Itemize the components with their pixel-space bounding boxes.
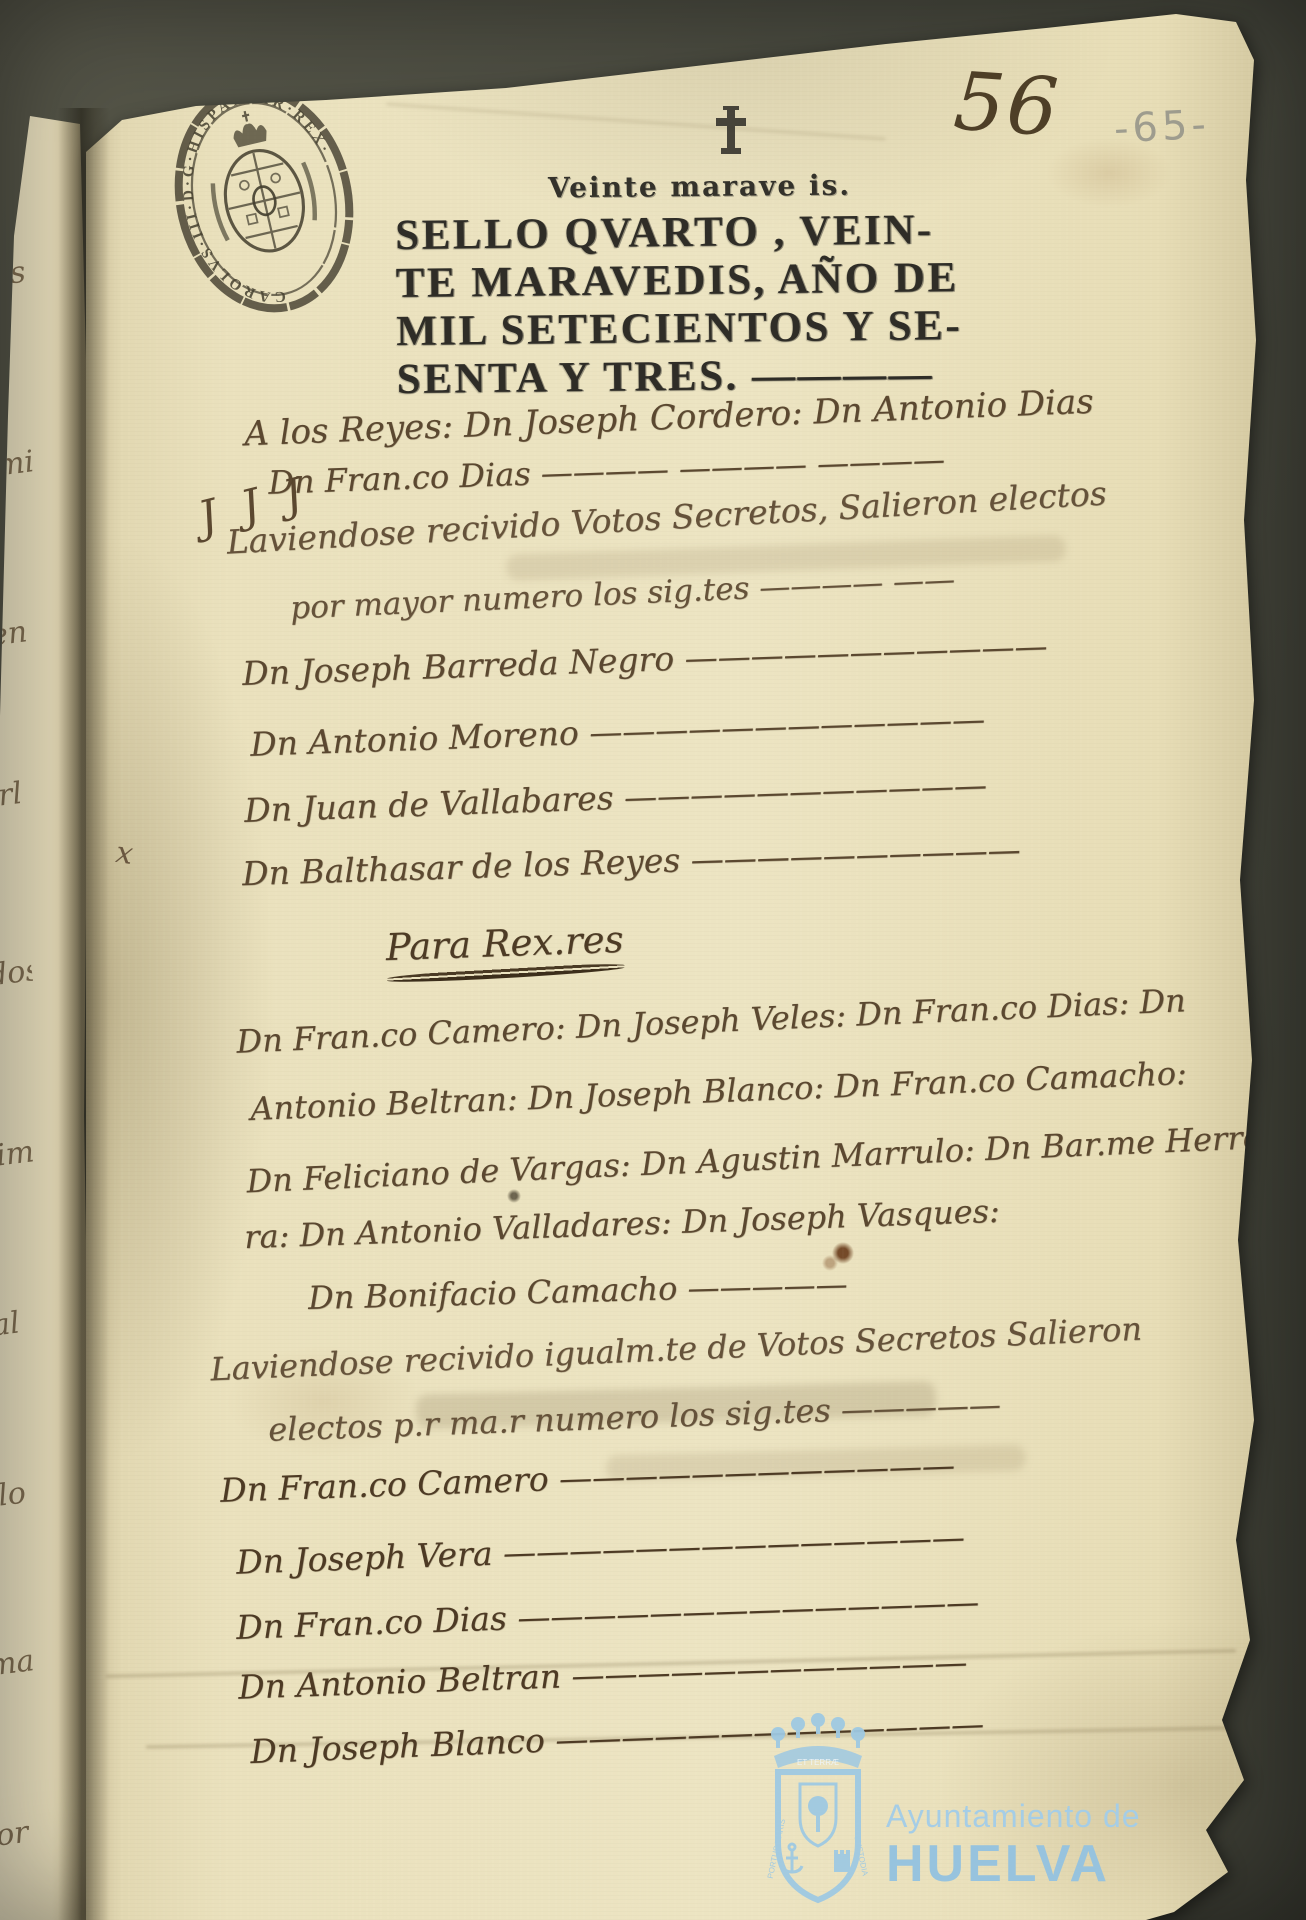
manuscript-page: CAROLVS·III·D·G·HISPANIAR·REX· 56 -65- [86, 0, 1276, 1920]
huelva-crest-watermark: ET TERRÆ PORTUS MARIS CUSTODIA [762, 1708, 874, 1920]
manuscript-body: J J J x A los Reyes: Dn Joseph Cordero: … [86, 0, 1276, 1920]
crest-tree-crown [771, 1713, 865, 1748]
manuscript-line: Dn Joseph Barreda Negro ——————————— [242, 626, 1048, 693]
manuscript-line: Dn Antonio Moreno ———————————— [250, 699, 986, 764]
margin-mark: x [114, 835, 136, 872]
manuscript-line: Dn Fran.co Dias —————————————— [236, 1582, 980, 1647]
manuscript-line: Antonio Beltran: Dn Joseph Blanco: Dn Fr… [250, 1054, 1188, 1128]
manuscript-line: Dn Joseph Blanco ————————————— [250, 1704, 985, 1771]
archive-name-line2: HUELVA [886, 1834, 1110, 1894]
manuscript-line: Dn Fran.co Camero: Dn Joseph Veles: Dn F… [236, 981, 1187, 1060]
manuscript-line: Dn Antonio Beltran ———————————— [238, 1642, 968, 1706]
manuscript-line: Dn Fran.co Camero ———————————— [220, 1445, 956, 1510]
manuscript-line: por mayor numero los sig.tes ———— —— [290, 562, 956, 627]
archival-scan: os mi en rl dos im al lo mar or CAROLVS·… [0, 0, 1306, 1920]
manuscript-line: Laviendose recivido igualm.te de Votos S… [210, 1310, 1143, 1389]
manuscript-line: ra: Dn Antonio Valladares: Dn Joseph Vas… [244, 1192, 1001, 1256]
manuscript-line: Dn Joseph Vera —————————————— [236, 1517, 966, 1581]
manuscript-line: Dn Balthasar de los Reyes —————————— [242, 830, 1022, 893]
archive-name-line1: Ayuntamiento de [886, 1798, 1141, 1835]
manuscript-line: Dn Feliciano de Vargas: Dn Agustin Marru… [246, 1118, 1273, 1201]
crest-motto-top: ET TERRÆ [797, 1758, 839, 1767]
manuscript-line: Dn Bonifacio Camacho ————— [308, 1265, 848, 1317]
manuscript-line: electos p.r ma.r numero los sig.tes ————… [268, 1385, 1002, 1449]
crest-tower [834, 1850, 850, 1872]
manuscript-section-heading: Para Rex.res [385, 918, 625, 982]
manuscript-line: A los Reyes: Dn Joseph Cordero: Dn Anton… [244, 382, 1095, 455]
manuscript-line: Dn Juan de Vallabares ——————————— [244, 765, 988, 830]
